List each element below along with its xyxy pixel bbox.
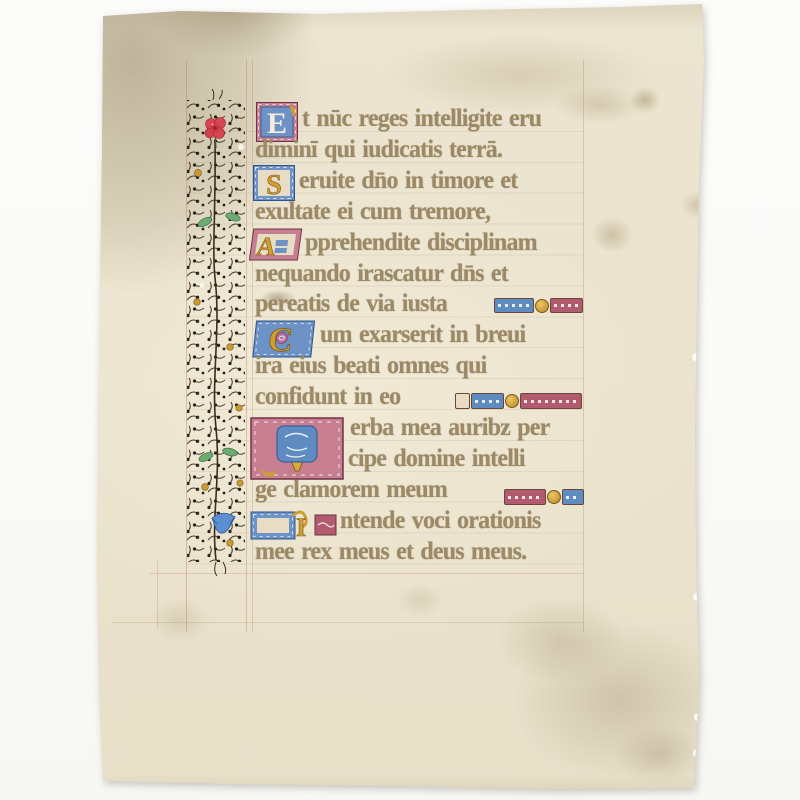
text-line: ntende voci orationis <box>340 505 541 537</box>
text-line: ira eius beati omnes qui <box>255 350 486 382</box>
ruling-line-horizontal <box>112 622 583 623</box>
filler-cream-segment <box>455 393 470 409</box>
text-line: erba mea auribz per <box>350 412 549 444</box>
filler-red-segment <box>520 393 582 409</box>
filler-red-segment <box>550 298 583 313</box>
ruling-line-vertical <box>157 560 158 628</box>
line-filler <box>455 393 585 409</box>
binding-hole <box>693 749 701 757</box>
binding-hole <box>694 713 702 721</box>
floral-border <box>185 88 249 578</box>
text-line: um exarserit in breui <box>320 319 525 351</box>
filler-blue-segment <box>562 489 584 505</box>
text-line: t nūc reges intelligite eru <box>302 103 541 135</box>
text-line: diminī qui iudicatis terrā. <box>255 134 502 166</box>
text-line: cipe domine intelli <box>348 443 525 475</box>
filler-red-segment <box>504 489 546 505</box>
binding-hole <box>693 593 701 601</box>
binding-hole <box>692 353 700 361</box>
filler-blue-segment <box>471 393 504 409</box>
line-filler <box>494 298 584 313</box>
filler-gold-ball <box>547 490 561 504</box>
filler-gold-ball <box>535 299 549 313</box>
text-line: eruite dn̄o in timore et <box>299 165 517 197</box>
text-line: confidunt in eo <box>255 381 400 413</box>
manuscript-leaf: E S A C <box>0 0 800 800</box>
photo-background: E S A C <box>0 0 800 800</box>
line-filler <box>504 489 586 505</box>
ruling-line-vertical <box>583 60 584 632</box>
text-line: ge clamorem meum <box>255 474 447 506</box>
text-line: nequando irascatur dn̄s et <box>255 258 508 290</box>
text-line: exultate ei cum tremore, <box>255 196 490 228</box>
filler-blue-segment <box>494 298 534 313</box>
filler-gold-ball <box>505 394 519 408</box>
text-line: pprehendite disciplinam <box>305 227 537 259</box>
leaf-shadow-wrap: E S A C <box>0 0 800 800</box>
text-line: mee rex meus et deus meus. <box>255 536 526 568</box>
illuminated-initial-V: V <box>249 416 346 482</box>
text-line: pereatis de via iusta <box>255 288 447 320</box>
